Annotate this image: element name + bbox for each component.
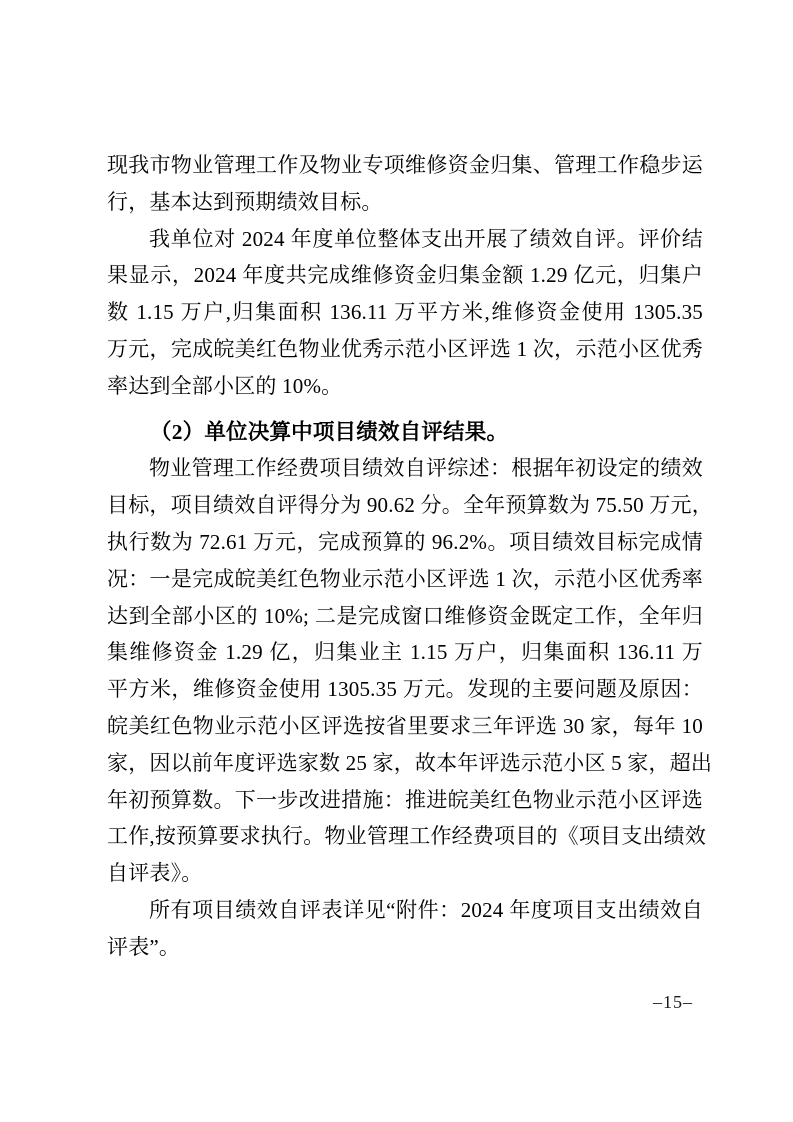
page-number: –15– [653,992,693,1013]
text-line: 目标，项目绩效自评得分为 90.62 分。全年预算数为 75.50 万元， [107,487,703,524]
text-line: 年初预算数。下一步改进措施：推进皖美红色物业示范小区评选 [107,782,703,819]
text-line: 我单位对 2024 年度单位整体支出开展了绩效自评。评价结 [107,221,703,258]
paragraph: （2）单位决算中项目绩效自评结果。 [107,414,703,451]
text-line: 物业管理工作经费项目绩效自评综述：根据年初设定的绩效 [107,450,703,487]
text-line: 万元，完成皖美红色物业优秀示范小区评选 1 次，示范小区优秀 [107,331,703,368]
text-line: 集维修资金 1.29 亿，归集业主 1.15 万户，归集面积 136.11 万 [107,634,703,671]
text-line: 自评表》。 [107,855,703,892]
text-line: 工作,按预算要求执行。物业管理工作经费项目的《项目支出绩效 [107,818,703,855]
text-line: 率达到全部小区的 10%。 [107,368,703,405]
text-line: 执行数为 72.61 万元，完成预算的 96.2%。项目绩效目标完成情 [107,524,703,561]
document-page: 现我市物业管理工作及物业专项维修资金归集、管理工作稳步运 行，基本达到预期绩效目… [0,0,793,1122]
text-line: 家，因以前年度评选家数 25 家，故本年评选示范小区 5 家，超出 [107,745,703,782]
paragraph: 所有项目绩效自评表详见“附件：2024 年度项目支出绩效自 评表”。 [107,892,703,966]
text-line: 行，基本达到预期绩效目标。 [107,184,703,221]
text-line: 评表”。 [107,929,703,966]
text-line: 平方米，维修资金使用 1305.35 万元。发现的主要问题及原因： [107,671,703,708]
text-line: 况：一是完成皖美红色物业示范小区评选 1 次，示范小区优秀率 [107,561,703,598]
section-heading: （2）单位决算中项目绩效自评结果。 [107,414,703,451]
paragraph: 现我市物业管理工作及物业专项维修资金归集、管理工作稳步运 行，基本达到预期绩效目… [107,147,703,221]
text-line: 所有项目绩效自评表详见“附件：2024 年度项目支出绩效自 [107,892,703,929]
text-line: 果显示，2024 年度共完成维修资金归集金额 1.29 亿元，归集户 [107,257,703,294]
document-body: 现我市物业管理工作及物业专项维修资金归集、管理工作稳步运 行，基本达到预期绩效目… [107,147,703,966]
text-line: 数 1.15 万户,归集面积 136.11 万平方米,维修资金使用 1305.3… [107,294,703,331]
text-line: 达到全部小区的 10%; 二是完成窗口维修资金既定工作，全年归 [107,598,703,635]
paragraph: 我单位对 2024 年度单位整体支出开展了绩效自评。评价结 果显示，2024 年… [107,221,703,405]
text-line: 现我市物业管理工作及物业专项维修资金归集、管理工作稳步运 [107,147,703,184]
text-line: 皖美红色物业示范小区评选按省里要求三年评选 30 家，每年 10 [107,708,703,745]
paragraph: 物业管理工作经费项目绩效自评综述：根据年初设定的绩效 目标，项目绩效自评得分为 … [107,450,703,892]
